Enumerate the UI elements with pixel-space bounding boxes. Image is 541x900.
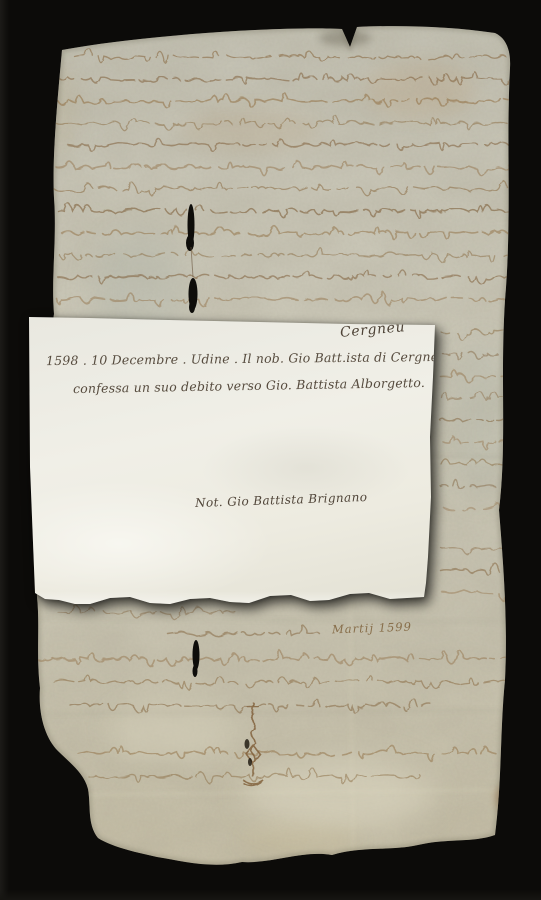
slip-shadow: Cergneu 1598 . 10 Decembre . Udine . Il … bbox=[29, 317, 437, 607]
slip-notary-line: Not. Gio Battista Brignano bbox=[195, 490, 368, 510]
backdrop-bottom-edge bbox=[0, 890, 541, 900]
slip-regesto-line2: confessa un suo debito verso Gio. Battis… bbox=[73, 375, 425, 396]
archivist-slip: Cergneu 1598 . 10 Decembre . Udine . Il … bbox=[29, 317, 437, 607]
slip-regesto-line1: 1598 . 10 Decembre . Udine . Il nob. Gio… bbox=[46, 349, 447, 368]
parchment-date-fragment: Martij 1599 bbox=[332, 620, 412, 637]
slip-place-annotation: Cergneu bbox=[339, 319, 405, 341]
photo-backdrop: Martij 1599 Cergneu 1598 . 10 Decembre .… bbox=[0, 0, 541, 900]
opening-flourish bbox=[44, 46, 51, 112]
